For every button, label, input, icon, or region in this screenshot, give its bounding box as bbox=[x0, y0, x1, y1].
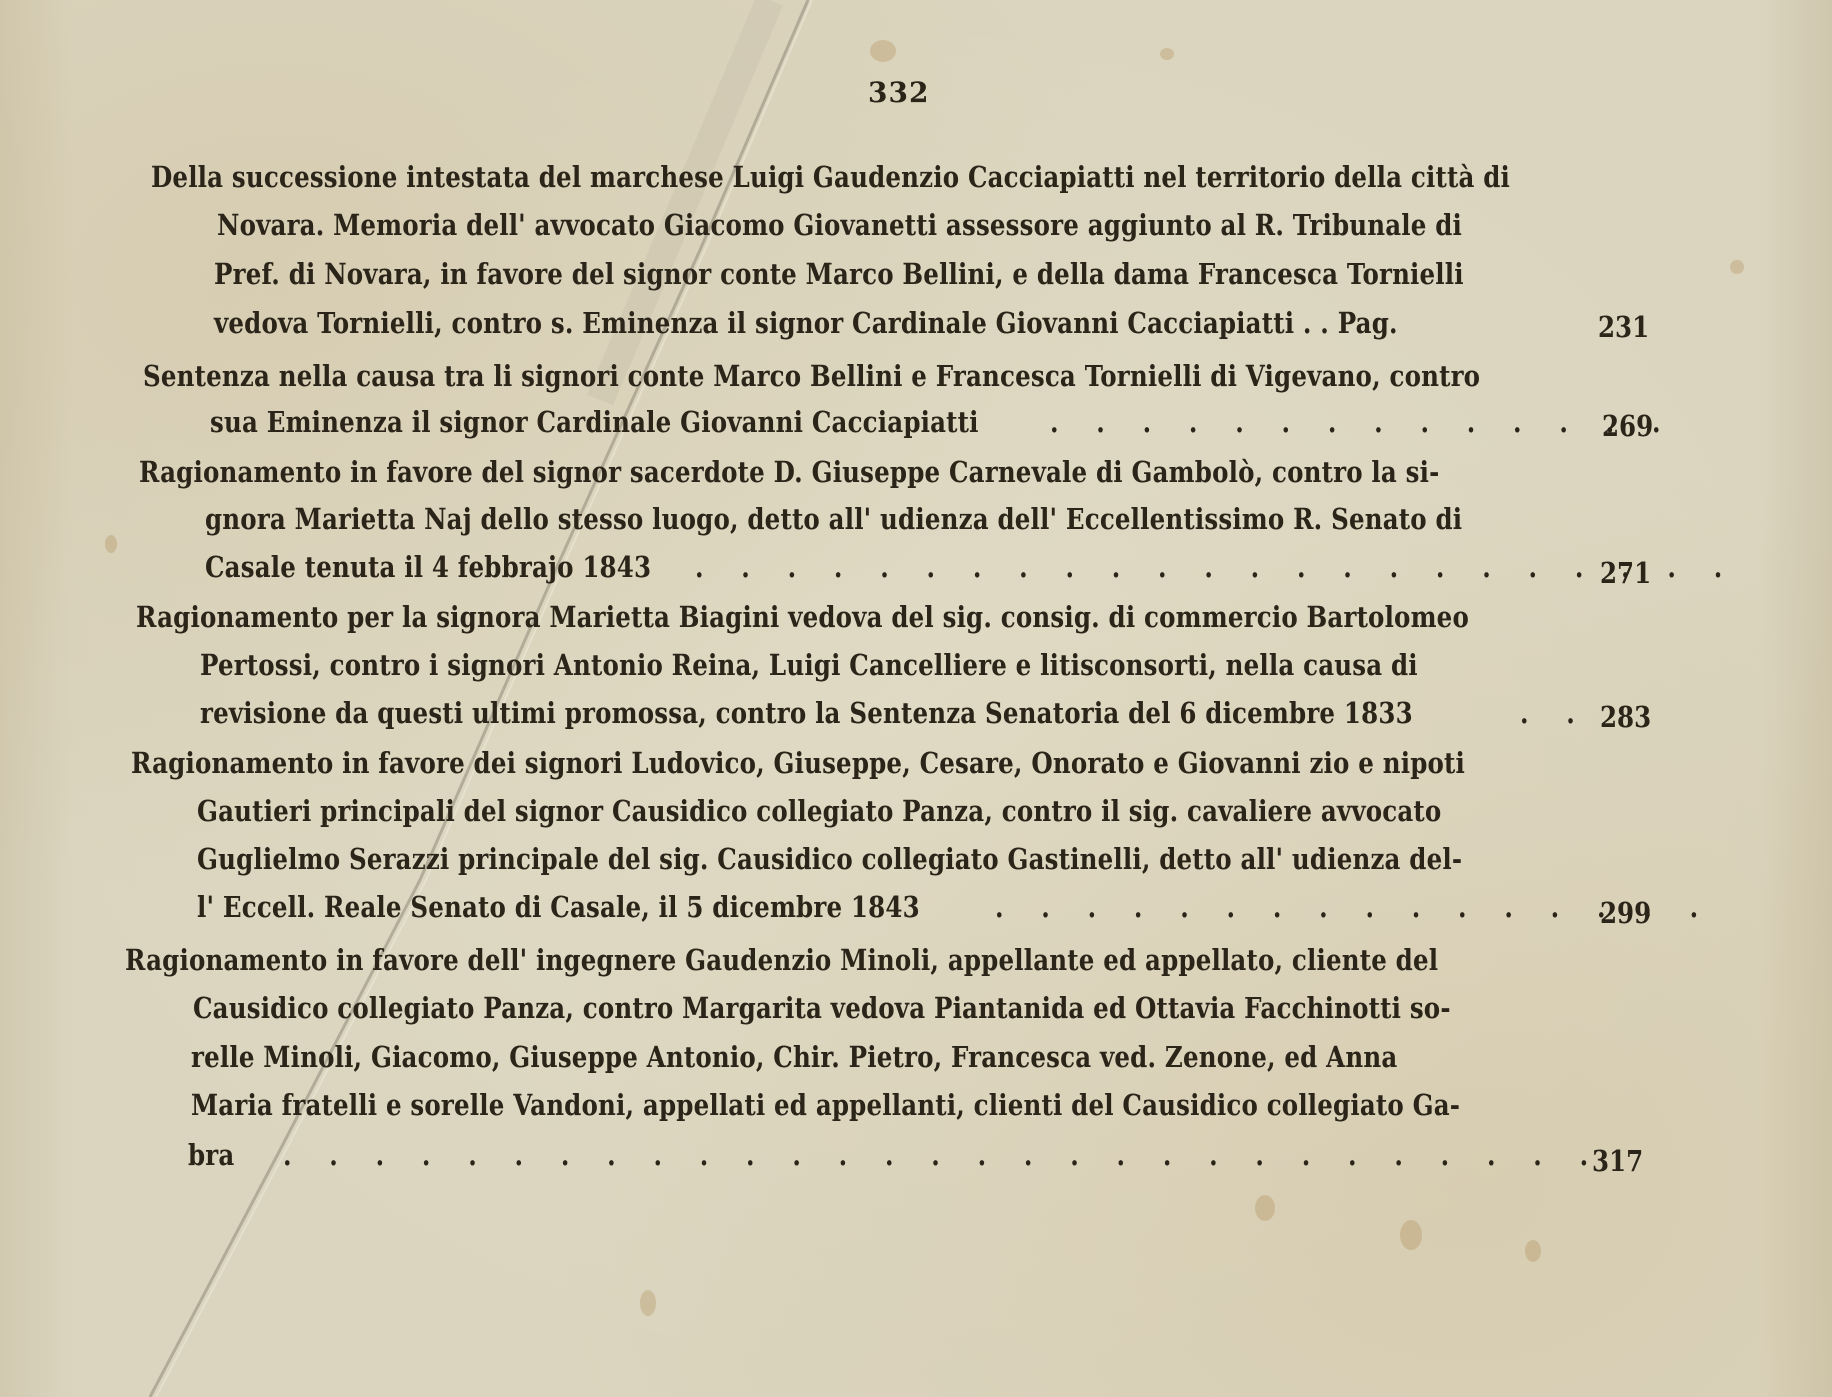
toc-entry-line: Ragionamento in favore dell' ingegnere G… bbox=[125, 940, 1438, 980]
toc-entry-line: Sentenza nella causa tra li signori cont… bbox=[143, 356, 1480, 396]
toc-entry-line: revisione da questi ultimi promossa, con… bbox=[200, 693, 1413, 733]
toc-entry-line: Guglielmo Serazzi principale del sig. Ca… bbox=[197, 839, 1462, 879]
toc-leader-dots: . . . . . . . . . . . . . . . . . . . . … bbox=[695, 547, 1737, 587]
toc-entry-line: Maria fratelli e sorelle Vandoni, appell… bbox=[191, 1085, 1460, 1125]
toc-entry-line: Ragionamento per la signora Marietta Bia… bbox=[136, 597, 1469, 637]
book-page: 332 Della successione intestata del marc… bbox=[0, 0, 1832, 1397]
toc-entry-line: relle Minoli, Giacomo, Giuseppe Antonio,… bbox=[191, 1037, 1397, 1077]
toc-leader-dots: . . . . . . . . . . . . . . bbox=[1050, 402, 1675, 442]
toc-entry-line: vedova Tornielli, contro s. Eminenza il … bbox=[214, 303, 1398, 343]
toc-entry-line: gnora Marietta Naj dello stesso luogo, d… bbox=[205, 499, 1462, 539]
toc-entry-line: Pref. di Novara, in favore del signor co… bbox=[214, 254, 1464, 294]
toc-page-ref: 271 bbox=[1600, 553, 1651, 593]
toc-entry-line: Ragionamento in favore dei signori Ludov… bbox=[131, 743, 1465, 783]
toc-entry-line: Novara. Memoria dell' avvocato Giacomo G… bbox=[217, 205, 1462, 245]
toc-entry-line: Della successione intestata del marchese… bbox=[151, 157, 1510, 197]
toc-page-ref: 269 bbox=[1602, 406, 1653, 446]
toc-entry-line: Causidico collegiato Panza, contro Marga… bbox=[193, 988, 1451, 1028]
toc-page-ref: 299 bbox=[1600, 893, 1651, 933]
toc-leader-dots: . . bbox=[1520, 693, 1589, 733]
toc-leader-dots: . . . . . . . . . . . . . . . . . . . . … bbox=[283, 1135, 1603, 1175]
toc-entry-line: bra bbox=[188, 1135, 234, 1175]
toc-page-ref: 283 bbox=[1600, 697, 1651, 737]
toc-entry-line: Pertossi, contro i signori Antonio Reina… bbox=[200, 645, 1418, 685]
toc-page-ref: 317 bbox=[1592, 1141, 1643, 1181]
toc-entry-line: Casale tenuta il 4 febbrajo 1843 bbox=[205, 547, 651, 587]
toc-entry-line: Gautieri principali del signor Causidico… bbox=[197, 791, 1441, 831]
toc-page-ref: 231 bbox=[1598, 307, 1649, 347]
toc-entry-line: l' Eccell. Reale Senato di Casale, il 5 … bbox=[197, 887, 920, 927]
toc-entry-line: Ragionamento in favore del signor sacerd… bbox=[139, 452, 1439, 492]
page-number: 332 bbox=[868, 76, 929, 109]
toc-entry-line: sua Eminenza il signor Cardinale Giovann… bbox=[210, 402, 979, 442]
